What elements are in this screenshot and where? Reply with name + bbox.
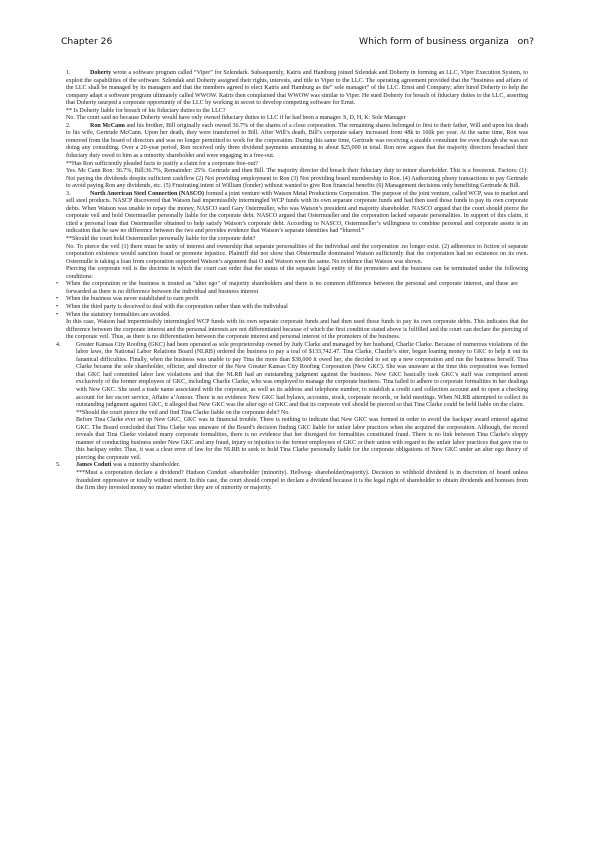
conditions-list: When the corporation or the business is …: [66, 281, 528, 319]
case-3-answer: No. To pierce the veil (1) there must be…: [66, 244, 528, 267]
condition-item: When the corporation or the business is …: [56, 281, 518, 296]
case-party: North American Steel Connection (NASCO): [90, 191, 204, 197]
case-text: was a minority shareholder.: [111, 462, 179, 468]
case-number: 1.: [66, 70, 90, 78]
case-number: 4.: [66, 342, 76, 350]
case-text: Greater Kansas City Roofing (GKC) had be…: [76, 342, 528, 408]
case-party: Ron McCann: [90, 123, 125, 129]
case-3-doctrine: Piercing the corporate veil is the doctr…: [66, 266, 528, 281]
page-header: Chapter 26 Which form of business organi…: [61, 36, 534, 52]
case-4-answer: Before Tina Clarke ever set up New GKC, …: [66, 417, 528, 462]
case-text: wrote a software program called “Viper” …: [66, 70, 528, 106]
case-party: Doherty: [90, 70, 111, 76]
case-3-facts: 3.North American Steel Connection (NASCO…: [66, 191, 528, 236]
condition-item: When the statutory formalities are avoid…: [56, 312, 518, 320]
case-5-facts: 5.James Coduti was a minority shareholde…: [66, 462, 528, 470]
case-1-facts: 1.Doherty wrote a software program calle…: [66, 70, 528, 108]
condition-item: When the business was never established …: [56, 296, 518, 304]
case-1-answer: No. The court said no because Doherty wo…: [66, 115, 528, 123]
chapter-label: Chapter 26: [61, 36, 112, 47]
document-body: 1.Doherty wrote a software program calle…: [66, 70, 528, 493]
case-4-facts: 4.Greater Kansas City Roofing (GKC) had …: [66, 342, 528, 410]
case-5-answer: ***Must a corporation declare a dividend…: [66, 470, 528, 493]
case-party: James Coduti: [76, 462, 111, 468]
case-2-answer: Yes. Mc Cann Ron: 36.7%, Bill:36.7%, Rem…: [66, 168, 528, 191]
case-2-question: **Has Ron sufficiently pleaded facts to …: [66, 161, 528, 169]
case-3-question: **Should the court hold Ostermueller per…: [66, 236, 528, 244]
case-3-conclusion: In this case, Watson had impermissibly i…: [66, 319, 528, 342]
case-text: formed a joint venture with Watson Metal…: [66, 191, 528, 235]
document-page: Chapter 26 Which form of business organi…: [0, 0, 595, 842]
chapter-title: Which form of business organiza on?: [359, 36, 534, 47]
condition-item: When the third party is deceived to deal…: [56, 304, 518, 312]
case-number: 5.: [66, 462, 76, 470]
case-text: and his brother, Bill originally each ow…: [66, 123, 528, 159]
case-2-facts: 2.Ron McCann and his brother, Bill origi…: [66, 123, 528, 161]
